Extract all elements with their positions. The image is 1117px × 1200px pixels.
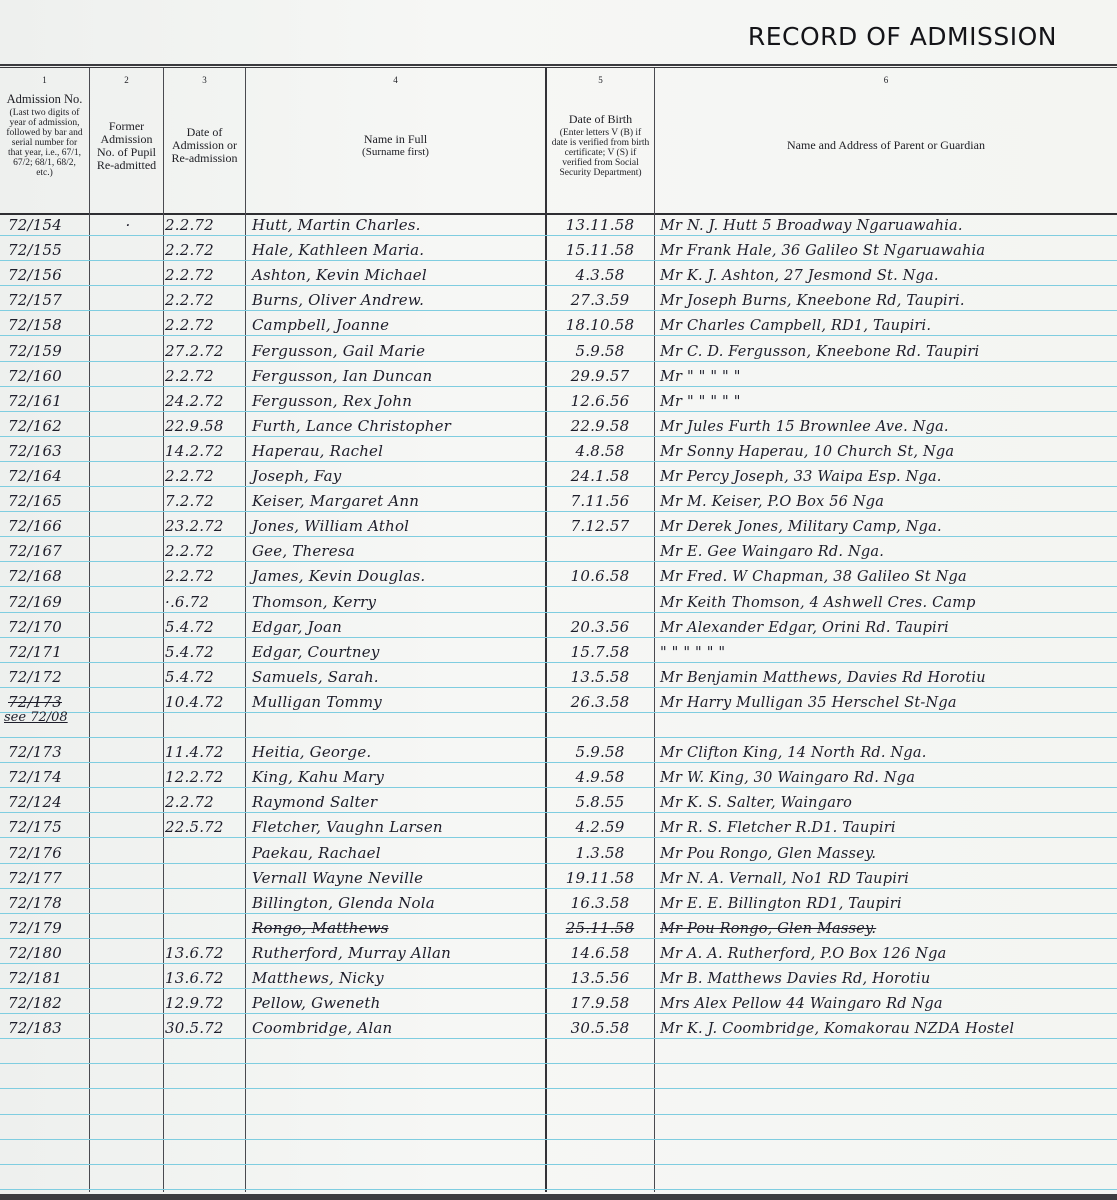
pupil-name: Hale, Kathleen Maria.	[252, 241, 542, 259]
admission-date: 2.2.72	[165, 266, 247, 284]
table-row: 72/1582.2.72Campbell, Joanne18.10.58Mr C…	[0, 311, 1117, 336]
table-row: 72/1672.2.72Gee, TheresaMr E. Gee Wainga…	[0, 537, 1117, 562]
table-row: 72/1242.2.72Raymond Salter5.8.55Mr K. S.…	[0, 788, 1117, 813]
column-header-former-admission: 2 Former Admission No. of Pupil Re-admit…	[90, 70, 163, 212]
pupil-name: Billington, Glenda Nola	[252, 894, 542, 912]
pupil-name: Campbell, Joanne	[252, 316, 542, 334]
table-row: 72/18212.9.72Pellow, Gweneth17.9.58Mrs A…	[0, 989, 1117, 1014]
ruled-line	[0, 1189, 1117, 1190]
admission-number: 72/173	[8, 693, 88, 711]
date-of-birth: 5.9.58	[548, 342, 652, 360]
admission-number: 72/175	[8, 818, 88, 836]
pupil-name: Raymond Salter	[252, 793, 542, 811]
parent-guardian: Mr E. E. Billington RD1, Taupiri	[660, 896, 1110, 912]
admission-date: 30.5.72	[165, 1019, 247, 1037]
date-of-birth: 22.9.58	[548, 417, 652, 435]
admission-date: 11.4.72	[165, 743, 247, 761]
pupil-name: King, Kahu Mary	[252, 768, 542, 786]
ruled-line	[0, 1114, 1117, 1115]
parent-guardian: Mr B. Matthews Davies Rd, Horotiu	[660, 971, 1110, 987]
date-of-birth: 24.1.58	[548, 467, 652, 485]
date-of-birth: 4.3.58	[548, 266, 652, 284]
admission-date: 13.6.72	[165, 944, 247, 962]
header-top-rule	[0, 64, 1117, 68]
parent-guardian: Mr M. Keiser, P.O Box 56 Nga	[660, 494, 1110, 510]
pupil-name: Edgar, Courtney	[252, 643, 542, 661]
table-row: 72/1657.2.72Keiser, Margaret Ann7.11.56M…	[0, 487, 1117, 512]
table-row: 72/17522.5.72Fletcher, Vaughn Larsen4.2.…	[0, 813, 1117, 838]
column-header-parent-guardian: 6 Name and Address of Parent or Guardian	[655, 70, 1117, 212]
admission-number: 72/156	[8, 266, 88, 284]
table-row: 72/1642.2.72Joseph, Fay24.1.58Mr Percy J…	[0, 462, 1117, 487]
page-bottom-edge	[0, 1194, 1117, 1200]
parent-guardian: Mr Benjamin Matthews, Davies Rd Horotiu	[660, 670, 1110, 686]
parent-guardian: Mr " " " " "	[660, 369, 1110, 385]
column-header-admission-date: 3 Date of Admission or Re-admission	[164, 70, 245, 212]
date-of-birth: 13.5.58	[548, 668, 652, 686]
date-of-birth: 4.8.58	[548, 442, 652, 460]
table-row: 72/154·2.2.72Hutt, Martin Charles.13.11.…	[0, 211, 1117, 236]
date-of-birth: 4.2.59	[548, 818, 652, 836]
table-row: 72/17412.2.72King, Kahu Mary4.9.58Mr W. …	[0, 763, 1117, 788]
admission-number: 72/171	[8, 643, 88, 661]
admission-date: 24.2.72	[165, 392, 247, 410]
parent-guardian: Mr N. J. Hutt 5 Broadway Ngaruawahia.	[660, 218, 1110, 234]
parent-guardian: Mr Harry Mulligan 35 Herschel St-Nga	[660, 695, 1110, 711]
date-of-birth: 10.6.58	[548, 567, 652, 585]
pupil-name: Joseph, Fay	[252, 467, 542, 485]
table-row: 72/17310.4.72Mulligan Tommy26.3.58Mr Har…	[0, 688, 1117, 713]
admission-number: 72/176	[8, 844, 88, 862]
admission-date: 5.4.72	[165, 668, 247, 686]
admission-date: 2.2.72	[165, 291, 247, 309]
table-row: 72/18330.5.72Coombridge, Alan30.5.58Mr K…	[0, 1014, 1117, 1039]
parent-guardian: Mr Frank Hale, 36 Galileo St Ngaruawahia	[660, 243, 1110, 259]
date-of-birth: 14.6.58	[548, 944, 652, 962]
column-note: (Surname first)	[362, 146, 429, 159]
admission-number: 72/181	[8, 969, 88, 987]
pupil-name: Hutt, Martin Charles.	[252, 216, 542, 234]
page-title: RECORD OF ADMISSION	[748, 22, 1057, 51]
ruled-line	[0, 1063, 1117, 1064]
admission-number: 72/124	[8, 793, 88, 811]
table-row: 72/1705.4.72Edgar, Joan20.3.56Mr Alexand…	[0, 613, 1117, 638]
parent-guardian: Mr Pou Rongo, Glen Massey.	[660, 921, 1110, 937]
table-row: 72/169·.6.72Thomson, KerryMr Keith Thoms…	[0, 588, 1117, 613]
pupil-name: James, Kevin Douglas.	[252, 567, 542, 585]
pupil-name: Vernall Wayne Neville	[252, 869, 542, 887]
date-of-birth: 30.5.58	[548, 1019, 652, 1037]
parent-guardian: Mr Jules Furth 15 Brownlee Ave. Nga.	[660, 419, 1110, 435]
admission-date: 2.2.72	[165, 241, 247, 259]
date-of-birth: 17.9.58	[548, 994, 652, 1012]
table-row: 72/17311.4.72Heitia, George.5.9.58Mr Cli…	[0, 738, 1117, 763]
admission-number: 72/170	[8, 618, 88, 636]
date-of-birth: 1.3.58	[548, 844, 652, 862]
admission-date: 13.6.72	[165, 969, 247, 987]
pupil-name: Keiser, Margaret Ann	[252, 492, 542, 510]
date-of-birth: 27.3.59	[548, 291, 652, 309]
admission-date: 7.2.72	[165, 492, 247, 510]
admission-number: 72/174	[8, 768, 88, 786]
pupil-name: Heitia, George.	[252, 743, 542, 761]
pupil-name: Furth, Lance Christopher	[252, 417, 542, 435]
admission-date: 2.2.72	[165, 216, 247, 234]
column-number: 1	[42, 74, 47, 87]
date-of-birth: 4.9.58	[548, 768, 652, 786]
admission-number: 72/173	[8, 743, 88, 761]
admission-number: 72/182	[8, 994, 88, 1012]
admission-date: 23.2.72	[165, 517, 247, 535]
register-page: RECORD OF ADMISSION 1 Admission No. (Las…	[0, 0, 1117, 1200]
admission-number: 72/157	[8, 291, 88, 309]
date-of-birth: 7.11.56	[548, 492, 652, 510]
parent-guardian: Mr Alexander Edgar, Orini Rd. Taupiri	[660, 620, 1110, 636]
pupil-name: Edgar, Joan	[252, 618, 542, 636]
table-row: 72/1715.4.72Edgar, Courtney15.7.58" " " …	[0, 638, 1117, 663]
admission-number: 72/155	[8, 241, 88, 259]
date-of-birth: 13.5.56	[548, 969, 652, 987]
column-label: Date of Birth	[547, 113, 654, 126]
admission-number: 72/162	[8, 417, 88, 435]
table-row: 72/179Rongo, Matthews25.11.58Mr Pou Rong…	[0, 914, 1117, 939]
admission-date: 2.2.72	[165, 567, 247, 585]
parent-guardian: Mr C. D. Fergusson, Kneebone Rd. Taupiri	[660, 344, 1110, 360]
admission-date: 14.2.72	[165, 442, 247, 460]
parent-guardian: Mr " " " " "	[660, 394, 1110, 410]
date-of-birth: 19.11.58	[548, 869, 652, 887]
pupil-name: Coombridge, Alan	[252, 1019, 542, 1037]
table-row	[0, 713, 1117, 738]
parent-guardian: Mr K. J. Coombridge, Komakorau NZDA Host…	[660, 1021, 1110, 1037]
column-header-admission-no: 1 Admission No. (Last two digits of year…	[0, 70, 89, 212]
table-row: 72/1682.2.72James, Kevin Douglas.10.6.58…	[0, 562, 1117, 587]
admission-number: 72/163	[8, 442, 88, 460]
pupil-name: Haperau, Rachel	[252, 442, 542, 460]
parent-guardian: Mr K. S. Salter, Waingaro	[660, 795, 1110, 811]
pupil-name: Fletcher, Vaughn Larsen	[252, 818, 542, 836]
table-row: 72/16623.2.72Jones, William Athol7.12.57…	[0, 512, 1117, 537]
admission-number: 72/169	[8, 593, 88, 611]
admission-number: 72/158	[8, 316, 88, 334]
column-label: Admission No.	[1, 93, 89, 106]
table-row: 72/1602.2.72Fergusson, Ian Duncan29.9.57…	[0, 362, 1117, 387]
admission-date: 2.2.72	[165, 316, 247, 334]
pupil-name: Fergusson, Ian Duncan	[252, 367, 542, 385]
pupil-name: Rongo, Matthews	[252, 919, 542, 937]
date-of-birth: 15.7.58	[548, 643, 652, 661]
column-note: (Enter letters V (B) if date is verified…	[547, 128, 654, 178]
admission-number: 72/178	[8, 894, 88, 912]
table-row: 72/1562.2.72Ashton, Kevin Michael4.3.58M…	[0, 261, 1117, 286]
admission-date: 22.9.58	[165, 417, 247, 435]
table-row: 72/1572.2.72Burns, Oliver Andrew.27.3.59…	[0, 286, 1117, 311]
table-row: 72/177Vernall Wayne Neville19.11.58Mr N.…	[0, 864, 1117, 889]
date-of-birth: 20.3.56	[548, 618, 652, 636]
admission-date: 12.2.72	[165, 768, 247, 786]
former-admission-number: ·	[96, 216, 160, 234]
date-of-birth: 26.3.58	[548, 693, 652, 711]
parent-guardian: Mr K. J. Ashton, 27 Jesmond St. Nga.	[660, 268, 1110, 284]
parent-guardian: Mr Sonny Haperau, 10 Church St, Nga	[660, 444, 1110, 460]
pupil-name: Jones, William Athol	[252, 517, 542, 535]
date-of-birth: 16.3.58	[548, 894, 652, 912]
date-of-birth: 18.10.58	[548, 316, 652, 334]
table-row: 72/178Billington, Glenda Nola16.3.58Mr E…	[0, 889, 1117, 914]
pupil-name: Fergusson, Gail Marie	[252, 342, 542, 360]
ruled-line	[0, 1139, 1117, 1140]
parent-guardian: Mr Derek Jones, Military Camp, Nga.	[660, 519, 1110, 535]
table-row: 72/1725.4.72Samuels, Sarah.13.5.58Mr Ben…	[0, 663, 1117, 688]
admission-number: 72/177	[8, 869, 88, 887]
admission-number: 72/172	[8, 668, 88, 686]
parent-guardian: Mr Keith Thomson, 4 Ashwell Cres. Camp	[660, 595, 1110, 611]
admission-date: ·.6.72	[165, 593, 247, 611]
date-of-birth: 5.9.58	[548, 743, 652, 761]
pupil-name: Burns, Oliver Andrew.	[252, 291, 542, 309]
admission-number: 72/160	[8, 367, 88, 385]
parent-guardian: Mrs Alex Pellow 44 Waingaro Rd Nga	[660, 996, 1110, 1012]
table-row: 72/1552.2.72Hale, Kathleen Maria.15.11.5…	[0, 236, 1117, 261]
admission-number: 72/164	[8, 467, 88, 485]
admission-date: 2.2.72	[165, 467, 247, 485]
admission-date: 5.4.72	[165, 643, 247, 661]
column-label: Former Admission No. of Pupil Re-admitte…	[90, 120, 163, 172]
column-header-date-of-birth: 5 Date of Birth (Enter letters V (B) if …	[547, 70, 654, 212]
parent-guardian: Mr N. A. Vernall, No1 RD Taupiri	[660, 871, 1110, 887]
admission-number: 72/161	[8, 392, 88, 410]
admission-date: 10.4.72	[165, 693, 247, 711]
admission-date: 2.2.72	[165, 542, 247, 560]
admission-number: 72/168	[8, 567, 88, 585]
admission-number: 72/159	[8, 342, 88, 360]
column-label: Date of Admission or Re-admission	[164, 126, 245, 165]
parent-guardian: Mr Joseph Burns, Kneebone Rd, Taupiri.	[660, 293, 1110, 309]
pupil-name: Paekau, Rachael	[252, 844, 542, 862]
admission-number: 72/183	[8, 1019, 88, 1037]
date-of-birth: 5.8.55	[548, 793, 652, 811]
parent-guardian: Mr E. Gee Waingaro Rd. Nga.	[660, 544, 1110, 560]
admission-number: 72/166	[8, 517, 88, 535]
parent-guardian: Mr Fred. W Chapman, 38 Galileo St Nga	[660, 569, 1110, 585]
ruled-line	[0, 1088, 1117, 1089]
admission-date: 2.2.72	[165, 367, 247, 385]
admission-date: 22.5.72	[165, 818, 247, 836]
admission-date: 27.2.72	[165, 342, 247, 360]
parent-guardian: Mr Pou Rongo, Glen Massey.	[660, 846, 1110, 862]
date-of-birth: 25.11.58	[548, 919, 652, 937]
date-of-birth: 15.11.58	[548, 241, 652, 259]
parent-guardian: Mr A. A. Rutherford, P.O Box 126 Nga	[660, 946, 1110, 962]
pupil-name: Ashton, Kevin Michael	[252, 266, 542, 284]
admission-number: 72/180	[8, 944, 88, 962]
parent-guardian: Mr Percy Joseph, 33 Waipa Esp. Nga.	[660, 469, 1110, 485]
date-of-birth: 13.11.58	[548, 216, 652, 234]
column-label: Name in Full	[362, 133, 429, 146]
admission-number: 72/165	[8, 492, 88, 510]
admission-number: 72/179	[8, 919, 88, 937]
table-row: 72/15927.2.72Fergusson, Gail Marie5.9.58…	[0, 337, 1117, 362]
table-row: 72/16124.2.72Fergusson, Rex John12.6.56M…	[0, 387, 1117, 412]
date-of-birth: 7.12.57	[548, 517, 652, 535]
pupil-name: Matthews, Nicky	[252, 969, 542, 987]
table-row: 72/18013.6.72Rutherford, Murray Allan14.…	[0, 939, 1117, 964]
pupil-name: Pellow, Gweneth	[252, 994, 542, 1012]
admission-date: 2.2.72	[165, 793, 247, 811]
admission-date: 12.9.72	[165, 994, 247, 1012]
admission-date: 5.4.72	[165, 618, 247, 636]
parent-guardian: Mr W. King, 30 Waingaro Rd. Nga	[660, 770, 1110, 786]
pupil-name: Rutherford, Murray Allan	[252, 944, 542, 962]
ruled-line	[0, 1164, 1117, 1165]
table-row: 72/16222.9.58Furth, Lance Christopher22.…	[0, 412, 1117, 437]
table-row: 72/176Paekau, Rachael1.3.58Mr Pou Rongo,…	[0, 839, 1117, 864]
date-of-birth: 12.6.56	[548, 392, 652, 410]
date-of-birth: 29.9.57	[548, 367, 652, 385]
table-row: 72/18113.6.72Matthews, Nicky13.5.56Mr B.…	[0, 964, 1117, 989]
column-note: (Last two digits of year of admission, f…	[0, 108, 89, 178]
parent-guardian: Mr Charles Campbell, RD1, Taupiri.	[660, 318, 1110, 334]
column-header-name: 4 Name in Full (Surname first)	[246, 70, 545, 212]
parent-guardian: Mr R. S. Fletcher R.D1. Taupiri	[660, 820, 1110, 836]
pupil-name: Mulligan Tommy	[252, 693, 542, 711]
parent-guardian: " " " " " "	[660, 645, 1110, 661]
table-row: 72/16314.2.72Haperau, Rachel4.8.58Mr Son…	[0, 437, 1117, 462]
pupil-name: Thomson, Kerry	[252, 593, 542, 611]
pupil-name: Gee, Theresa	[252, 542, 542, 560]
admission-number: 72/154	[8, 216, 88, 234]
parent-guardian: Mr Clifton King, 14 North Rd. Nga.	[660, 745, 1110, 761]
pupil-name: Fergusson, Rex John	[252, 392, 542, 410]
column-label: Name and Address of Parent or Guardian	[787, 139, 985, 152]
admission-number: 72/167	[8, 542, 88, 560]
pupil-name: Samuels, Sarah.	[252, 668, 542, 686]
